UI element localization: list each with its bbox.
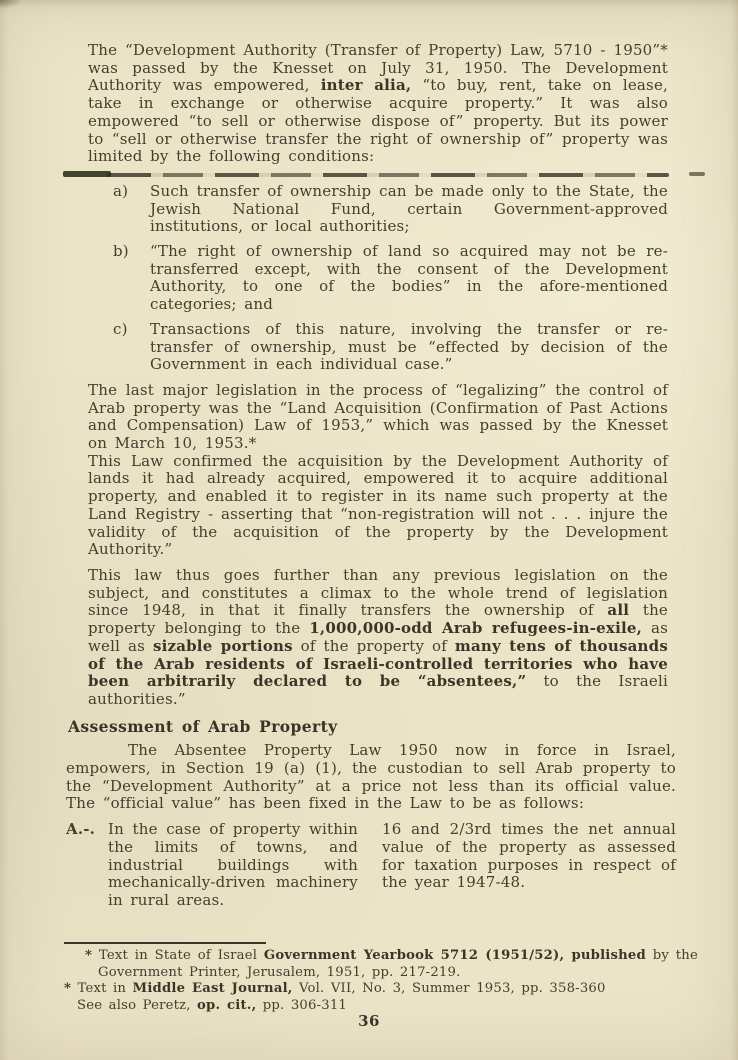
intro-emphasis-inter-alia: inter alia, bbox=[321, 76, 412, 94]
footnote-see-also-pre: See also Peretz, bbox=[77, 998, 197, 1013]
valuation-row-a: A.-. In the case of property within the … bbox=[66, 821, 676, 910]
smudge-line bbox=[107, 173, 669, 177]
footnote-1-pre: Text in State of Israel bbox=[92, 948, 264, 963]
condition-label-c: c) bbox=[113, 321, 150, 374]
condition-label-b: b) bbox=[113, 243, 150, 314]
law-thus-segment: of the property of bbox=[293, 637, 455, 655]
footnote-2-post: Vol. VII, No. 3, Summer 1953, pp. 358-36… bbox=[293, 981, 606, 996]
condition-item-b: b) “The right of ownership of land so ac… bbox=[113, 243, 668, 314]
condition-item-a: a) Such transfer of ownership can be mad… bbox=[113, 183, 668, 236]
law-thus-segment: This law thus goes further than any prev… bbox=[88, 566, 668, 619]
condition-label-a: a) bbox=[113, 183, 150, 236]
footnote-see-also-bold: op. cit., bbox=[197, 998, 256, 1013]
footnote-2-see-also: See also Peretz, op. cit., pp. 306-311 bbox=[64, 998, 698, 1014]
assessment-section: Assessment of Arab Property The Absentee… bbox=[0, 709, 738, 910]
footnotes-block: * Text in State of Israel Government Yea… bbox=[0, 942, 738, 1014]
smudge-tail-dash bbox=[689, 172, 705, 176]
footnote-2: * Text in Middle East Journal, Vol. VII,… bbox=[64, 981, 698, 997]
footnote-see-also-post: pp. 306-311 bbox=[256, 998, 347, 1013]
law-thus-bold-refugees: 1,000,000-odd Arab refugees-in-exile, bbox=[309, 619, 642, 637]
condition-text-b: “The right of ownership of land so acqui… bbox=[150, 243, 668, 314]
smudge-rule bbox=[63, 169, 669, 179]
condition-text-a: Such transfer of ownership can be made o… bbox=[150, 183, 668, 236]
paragraph-last-major-legislation: The last major legislation in the proces… bbox=[88, 382, 668, 453]
paragraph-law-confirmed: This Law confirmed the acquisition by th… bbox=[88, 453, 668, 559]
paragraph-absentee-property-law: The Absentee Property Law 1950 now in fo… bbox=[66, 742, 676, 813]
page-number: 36 bbox=[0, 1013, 738, 1031]
footnote-2-bold: Middle East Journal, bbox=[133, 981, 293, 996]
intro-paragraph: The “Development Authority (Transfer of … bbox=[88, 42, 668, 166]
footnote-1: * Text in State of Israel Government Yea… bbox=[85, 948, 698, 981]
condition-text-c: Transactions of this nature, involving t… bbox=[150, 321, 668, 374]
upper-text-block: The “Development Authority (Transfer of … bbox=[0, 0, 738, 709]
footnote-rule bbox=[64, 942, 266, 944]
valuation-label-a: A.-. bbox=[66, 821, 108, 910]
valuation-value-description: 16 and 2/3rd times the net annual value … bbox=[382, 821, 676, 910]
scanned-book-page: The “Development Authority (Transfer of … bbox=[0, 0, 738, 1060]
valuation-case-description: In the case of property within the limit… bbox=[108, 821, 358, 910]
law-thus-bold-sizable-portions: sizable portions bbox=[153, 637, 293, 655]
paragraph-law-thus-goes: This law thus goes further than any prev… bbox=[88, 567, 668, 709]
footnote-1-bold: Government Yearbook 5712 (1951/52), publ… bbox=[264, 948, 646, 963]
law-thus-bold-all: all bbox=[607, 601, 629, 619]
footnote-2-pre: Text in bbox=[71, 981, 132, 996]
smudge-blob bbox=[63, 171, 111, 177]
section-heading-assessment: Assessment of Arab Property bbox=[68, 718, 676, 736]
condition-item-c: c) Transactions of this nature, involvin… bbox=[113, 321, 668, 374]
